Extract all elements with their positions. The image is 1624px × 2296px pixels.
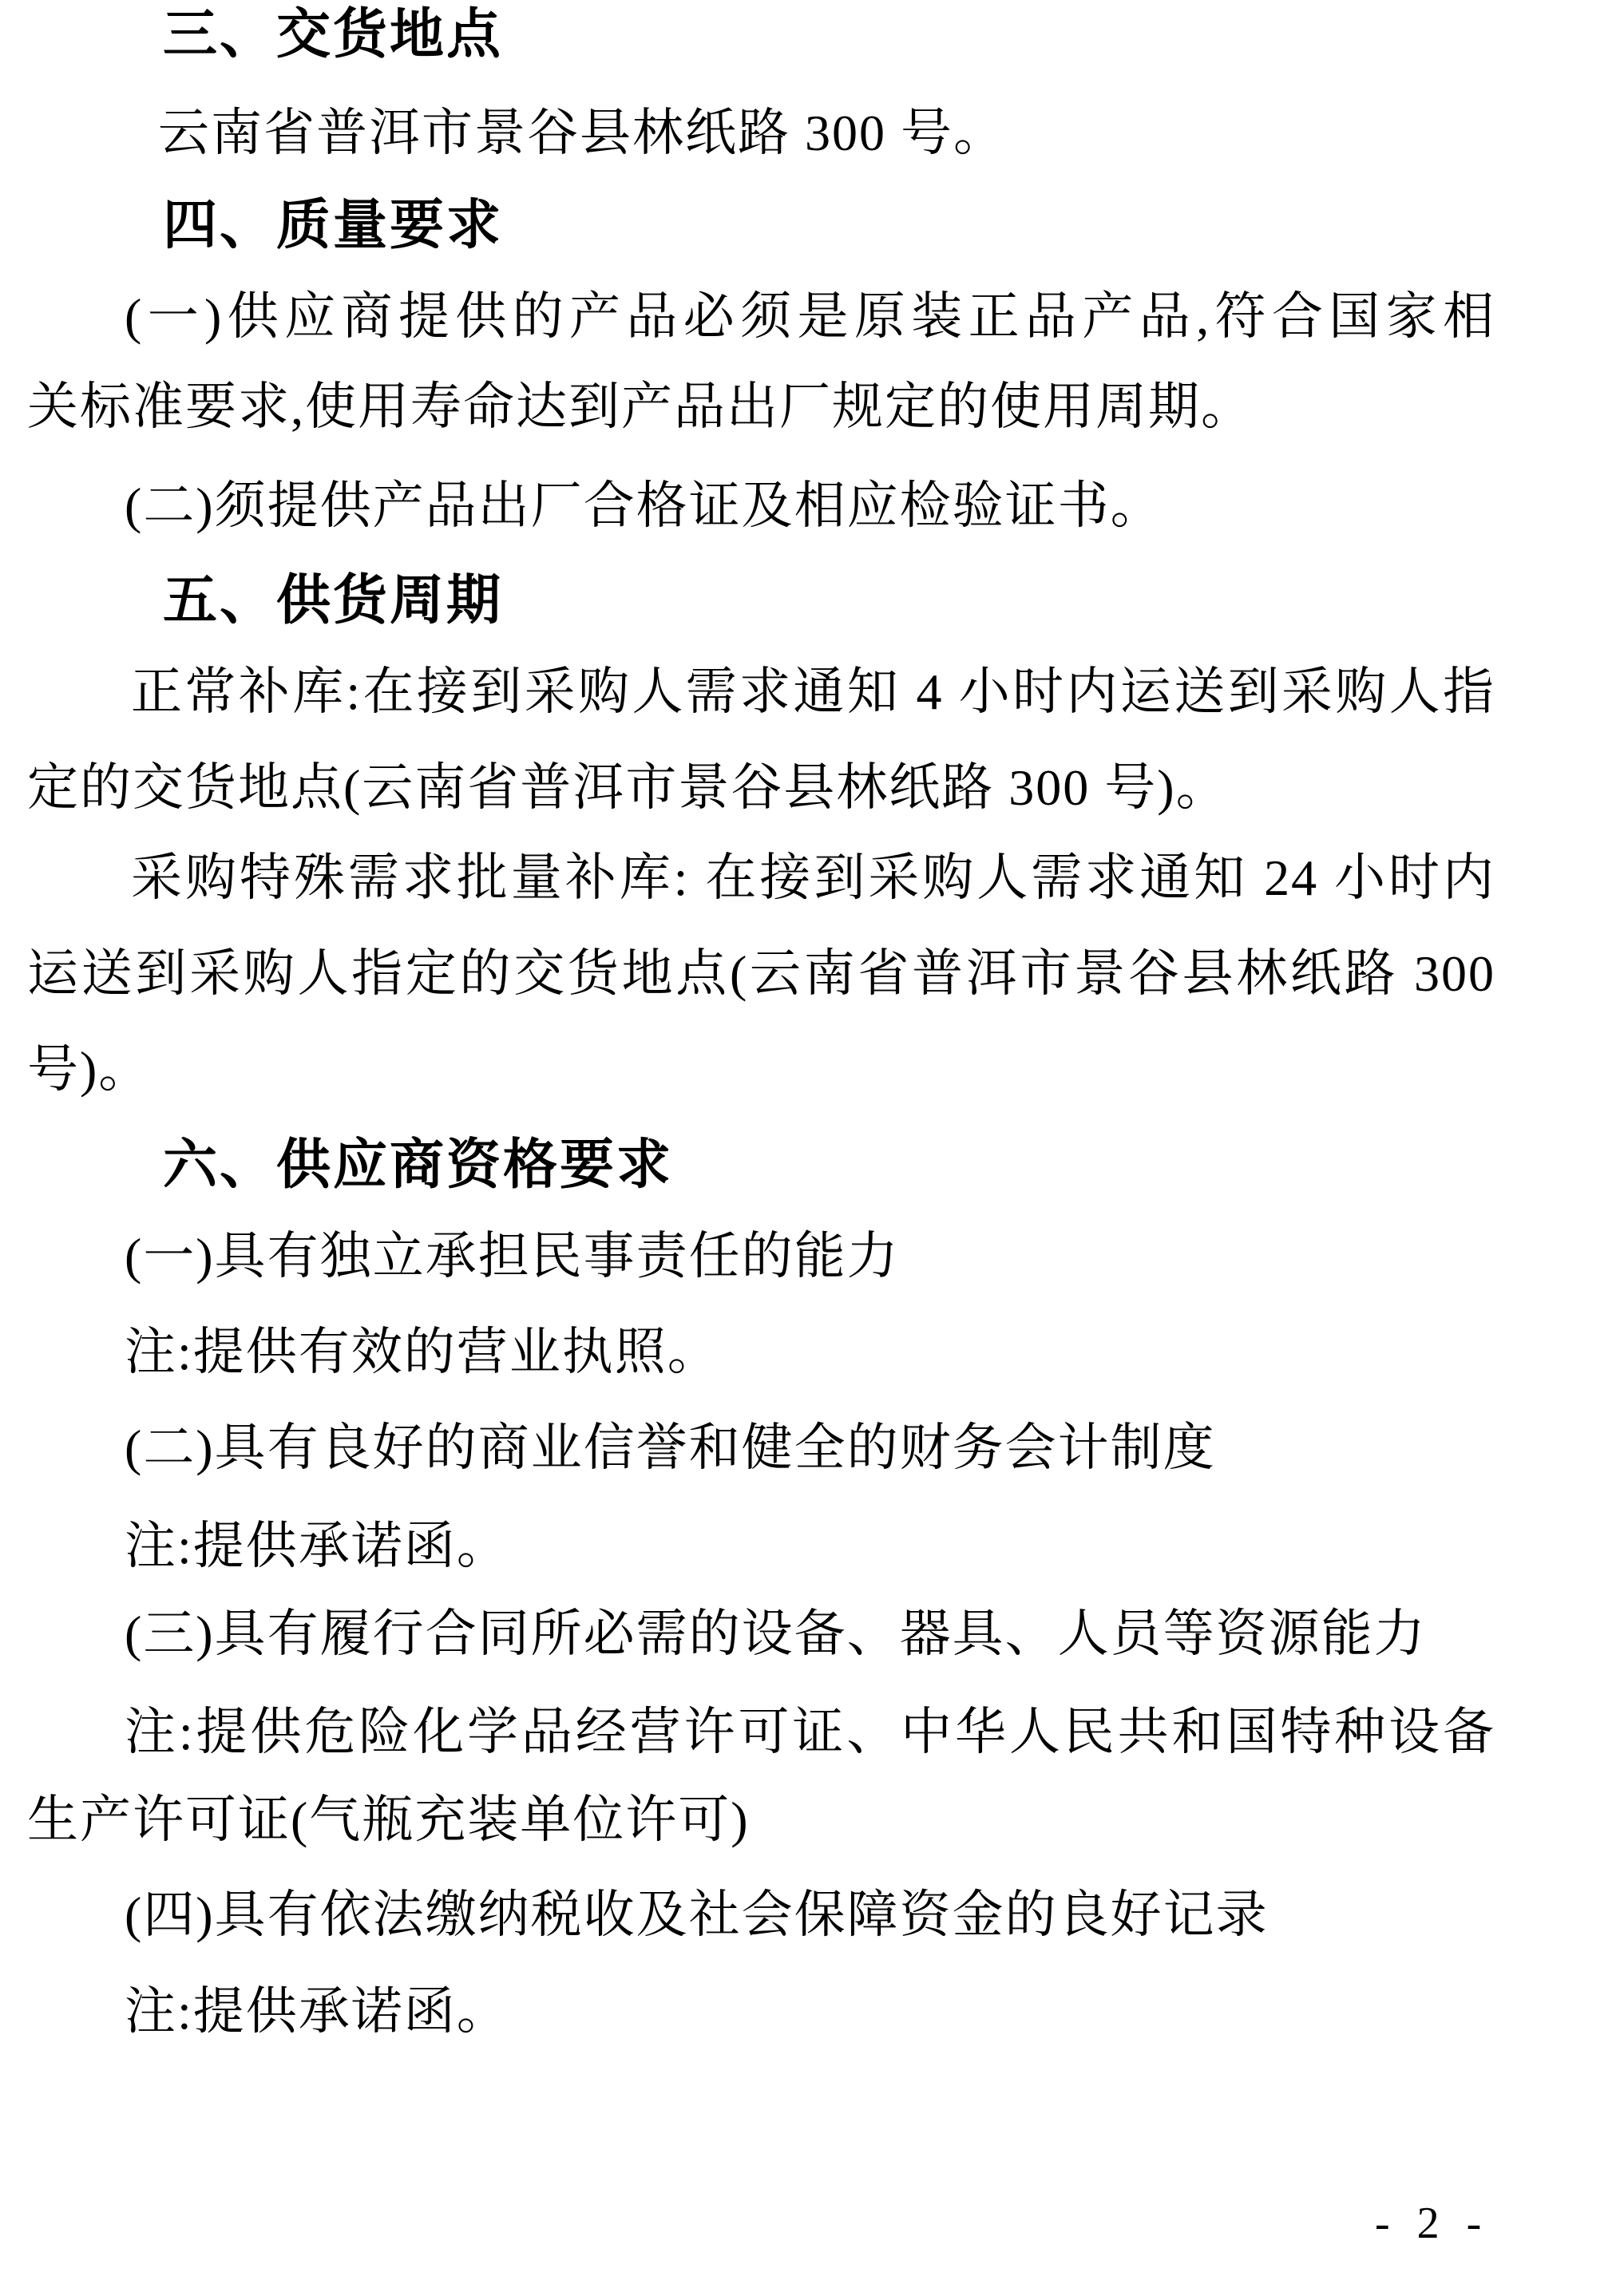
line-qualification-item4: (四)具有依法缴纳税收及社会保障资金的良好记录 — [125, 1886, 1269, 1945]
line-qualification-note2: 注:提供承诺函。 — [125, 1517, 509, 1576]
line-special-restock-b: 运送到采购人指定的交货地点(云南省普洱市景谷县林纸路 300 — [27, 944, 1495, 1004]
line-quality-item2: (二)须提供产品出厂合格证及相应检验证书。 — [125, 477, 1163, 536]
line-normal-restock-b: 定的交货地点(云南省普洱市景谷县林纸路 300 号)。 — [27, 758, 1229, 817]
line-delivery-address: 云南省普洱市景谷县林纸路 300 号。 — [158, 104, 1006, 163]
page-number: - 2 - — [1375, 2198, 1483, 2249]
line-qualification-note3-a: 注:提供危险化学品经营许可证、中华人民共和国特种设备 — [125, 1703, 1495, 1762]
line-qualification-note3-b: 生产许可证(气瓶充装单位许可) — [27, 1791, 750, 1850]
line-special-restock-a: 采购特殊需求批量补库: 在接到采购人需求通知 24 小时内 — [131, 849, 1495, 908]
line-normal-restock-a: 正常补库:在接到采购人需求通知 4 小时内运送到采购人指 — [131, 663, 1495, 722]
heading-delivery-location: 三、交货地点 — [163, 3, 503, 65]
line-quality-item1-b: 关标准要求,使用寿命达到产品出厂规定的使用周期。 — [27, 378, 1254, 437]
line-quality-item1-a: (一)供应商提供的产品必须是原装正品产品,符合国家相 — [125, 287, 1495, 346]
heading-quality-requirements: 四、质量要求 — [163, 194, 503, 256]
line-qualification-item3: (三)具有履行合同所必需的设备、器具、人员等资源能力 — [125, 1605, 1427, 1664]
heading-supply-cycle: 五、供货周期 — [163, 569, 503, 631]
line-qualification-note4: 注:提供承诺函。 — [125, 1982, 509, 2041]
heading-supplier-qualifications: 六、供应商资格要求 — [163, 1134, 673, 1196]
line-qualification-note1: 注:提供有效的营业执照。 — [125, 1323, 720, 1382]
document-page: 三、交货地点 云南省普洱市景谷县林纸路 300 号。 四、质量要求 (一)供应商… — [0, 0, 1624, 2296]
line-special-restock-c: 号)。 — [27, 1040, 151, 1099]
line-qualification-item2: (二)具有良好的商业信誉和健全的财务会计制度 — [125, 1419, 1216, 1478]
line-qualification-item1: (一)具有独立承担民事责任的能力 — [125, 1227, 900, 1286]
